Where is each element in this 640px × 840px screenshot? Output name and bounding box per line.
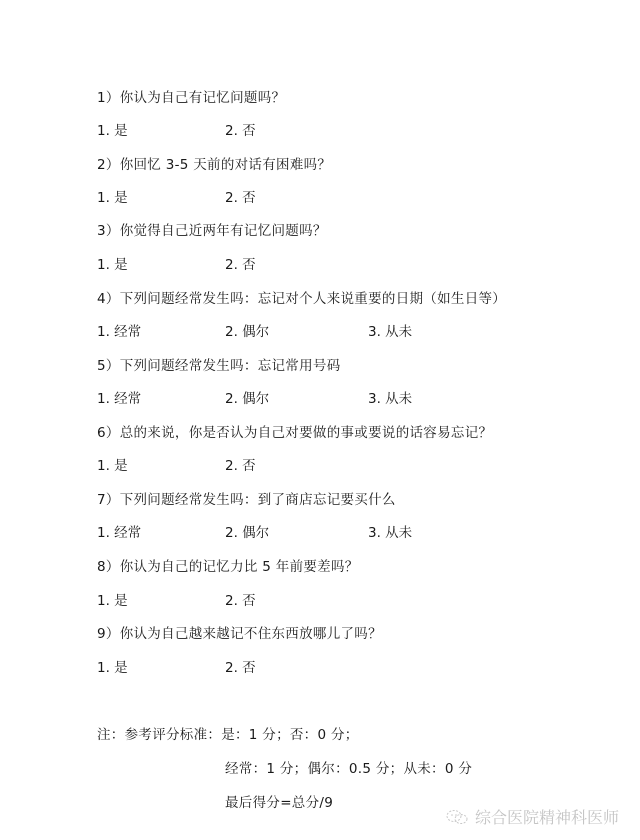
question-number: 7）	[97, 492, 120, 508]
option-yes: 1. 是	[97, 659, 128, 677]
option-no: 2. 否	[225, 256, 256, 274]
option-no: 2. 否	[225, 592, 256, 610]
question-number: 3）	[97, 223, 120, 239]
option-never: 3. 从未	[368, 323, 412, 341]
question-number: 9）	[97, 626, 120, 642]
wechat-icon	[445, 808, 469, 826]
question-3: 3）你觉得自己近两年有记忆问题吗？	[97, 222, 327, 240]
question-text: 下列问题经常发生吗：忘记常用号码	[120, 358, 341, 374]
option-sometimes: 2. 偶尔	[225, 323, 269, 341]
option-often: 1. 经常	[97, 390, 141, 408]
option-no: 2. 否	[225, 457, 256, 475]
question-number: 6）	[97, 425, 120, 441]
option-no: 2. 否	[225, 189, 256, 207]
option-often: 1. 经常	[97, 323, 141, 341]
option-often: 1. 经常	[97, 524, 141, 542]
watermark-text: 综合医院精神科医师	[475, 805, 619, 828]
question-text: 你认为自己有记忆问题吗？	[120, 90, 286, 106]
question-number: 4）	[97, 291, 120, 307]
question-text: 你回忆 3-5 天前的对话有困难吗？	[120, 157, 332, 173]
question-number: 2）	[97, 157, 120, 173]
question-number: 8）	[97, 559, 120, 575]
question-9: 9）你认为自己越来越记不住东西放哪儿了吗？	[97, 625, 382, 643]
questionnaire-document: 1）你认为自己有记忆问题吗？ 1. 是 2. 否 2）你回忆 3-5 天前的对话…	[0, 0, 640, 840]
option-yes: 1. 是	[97, 189, 128, 207]
question-text: 下列问题经常发生吗：到了商店忘记要买什么	[120, 492, 396, 508]
option-sometimes: 2. 偶尔	[225, 524, 269, 542]
option-no: 2. 否	[225, 122, 256, 140]
question-number: 5）	[97, 358, 120, 374]
question-text: 你觉得自己近两年有记忆问题吗？	[120, 223, 327, 239]
option-no: 2. 否	[225, 659, 256, 677]
option-yes: 1. 是	[97, 122, 128, 140]
scoring-note-line-3: 最后得分=总分/9	[225, 794, 333, 812]
scoring-note-line-1: 注：参考评分标准：是：1 分；否：0 分；	[97, 726, 359, 744]
option-never: 3. 从未	[368, 390, 412, 408]
question-7: 7）下列问题经常发生吗：到了商店忘记要买什么	[97, 491, 396, 509]
question-1: 1）你认为自己有记忆问题吗？	[97, 89, 285, 107]
question-text: 你认为自己的记忆力比 5 年前要差吗？	[120, 559, 359, 575]
option-yes: 1. 是	[97, 457, 128, 475]
question-8: 8）你认为自己的记忆力比 5 年前要差吗？	[97, 558, 359, 576]
question-5: 5）下列问题经常发生吗：忘记常用号码	[97, 357, 341, 375]
watermark: 综合医院精神科医师	[445, 805, 619, 828]
option-sometimes: 2. 偶尔	[225, 390, 269, 408]
scoring-note-line-2: 经常：1 分；偶尔：0.5 分；从未：0 分	[225, 760, 472, 778]
question-6: 6）总的来说，你是否认为自己对要做的事或要说的话容易忘记？	[97, 424, 492, 442]
question-4: 4）下列问题经常发生吗：忘记对个人来说重要的日期（如生日等）	[97, 290, 506, 308]
question-number: 1）	[97, 90, 120, 106]
question-2: 2）你回忆 3-5 天前的对话有困难吗？	[97, 156, 331, 174]
option-yes: 1. 是	[97, 592, 128, 610]
option-never: 3. 从未	[368, 524, 412, 542]
question-text: 你认为自己越来越记不住东西放哪儿了吗？	[120, 626, 382, 642]
option-yes: 1. 是	[97, 256, 128, 274]
question-text: 下列问题经常发生吗：忘记对个人来说重要的日期（如生日等）	[120, 291, 506, 307]
question-text: 总的来说，你是否认为自己对要做的事或要说的话容易忘记？	[120, 425, 493, 441]
